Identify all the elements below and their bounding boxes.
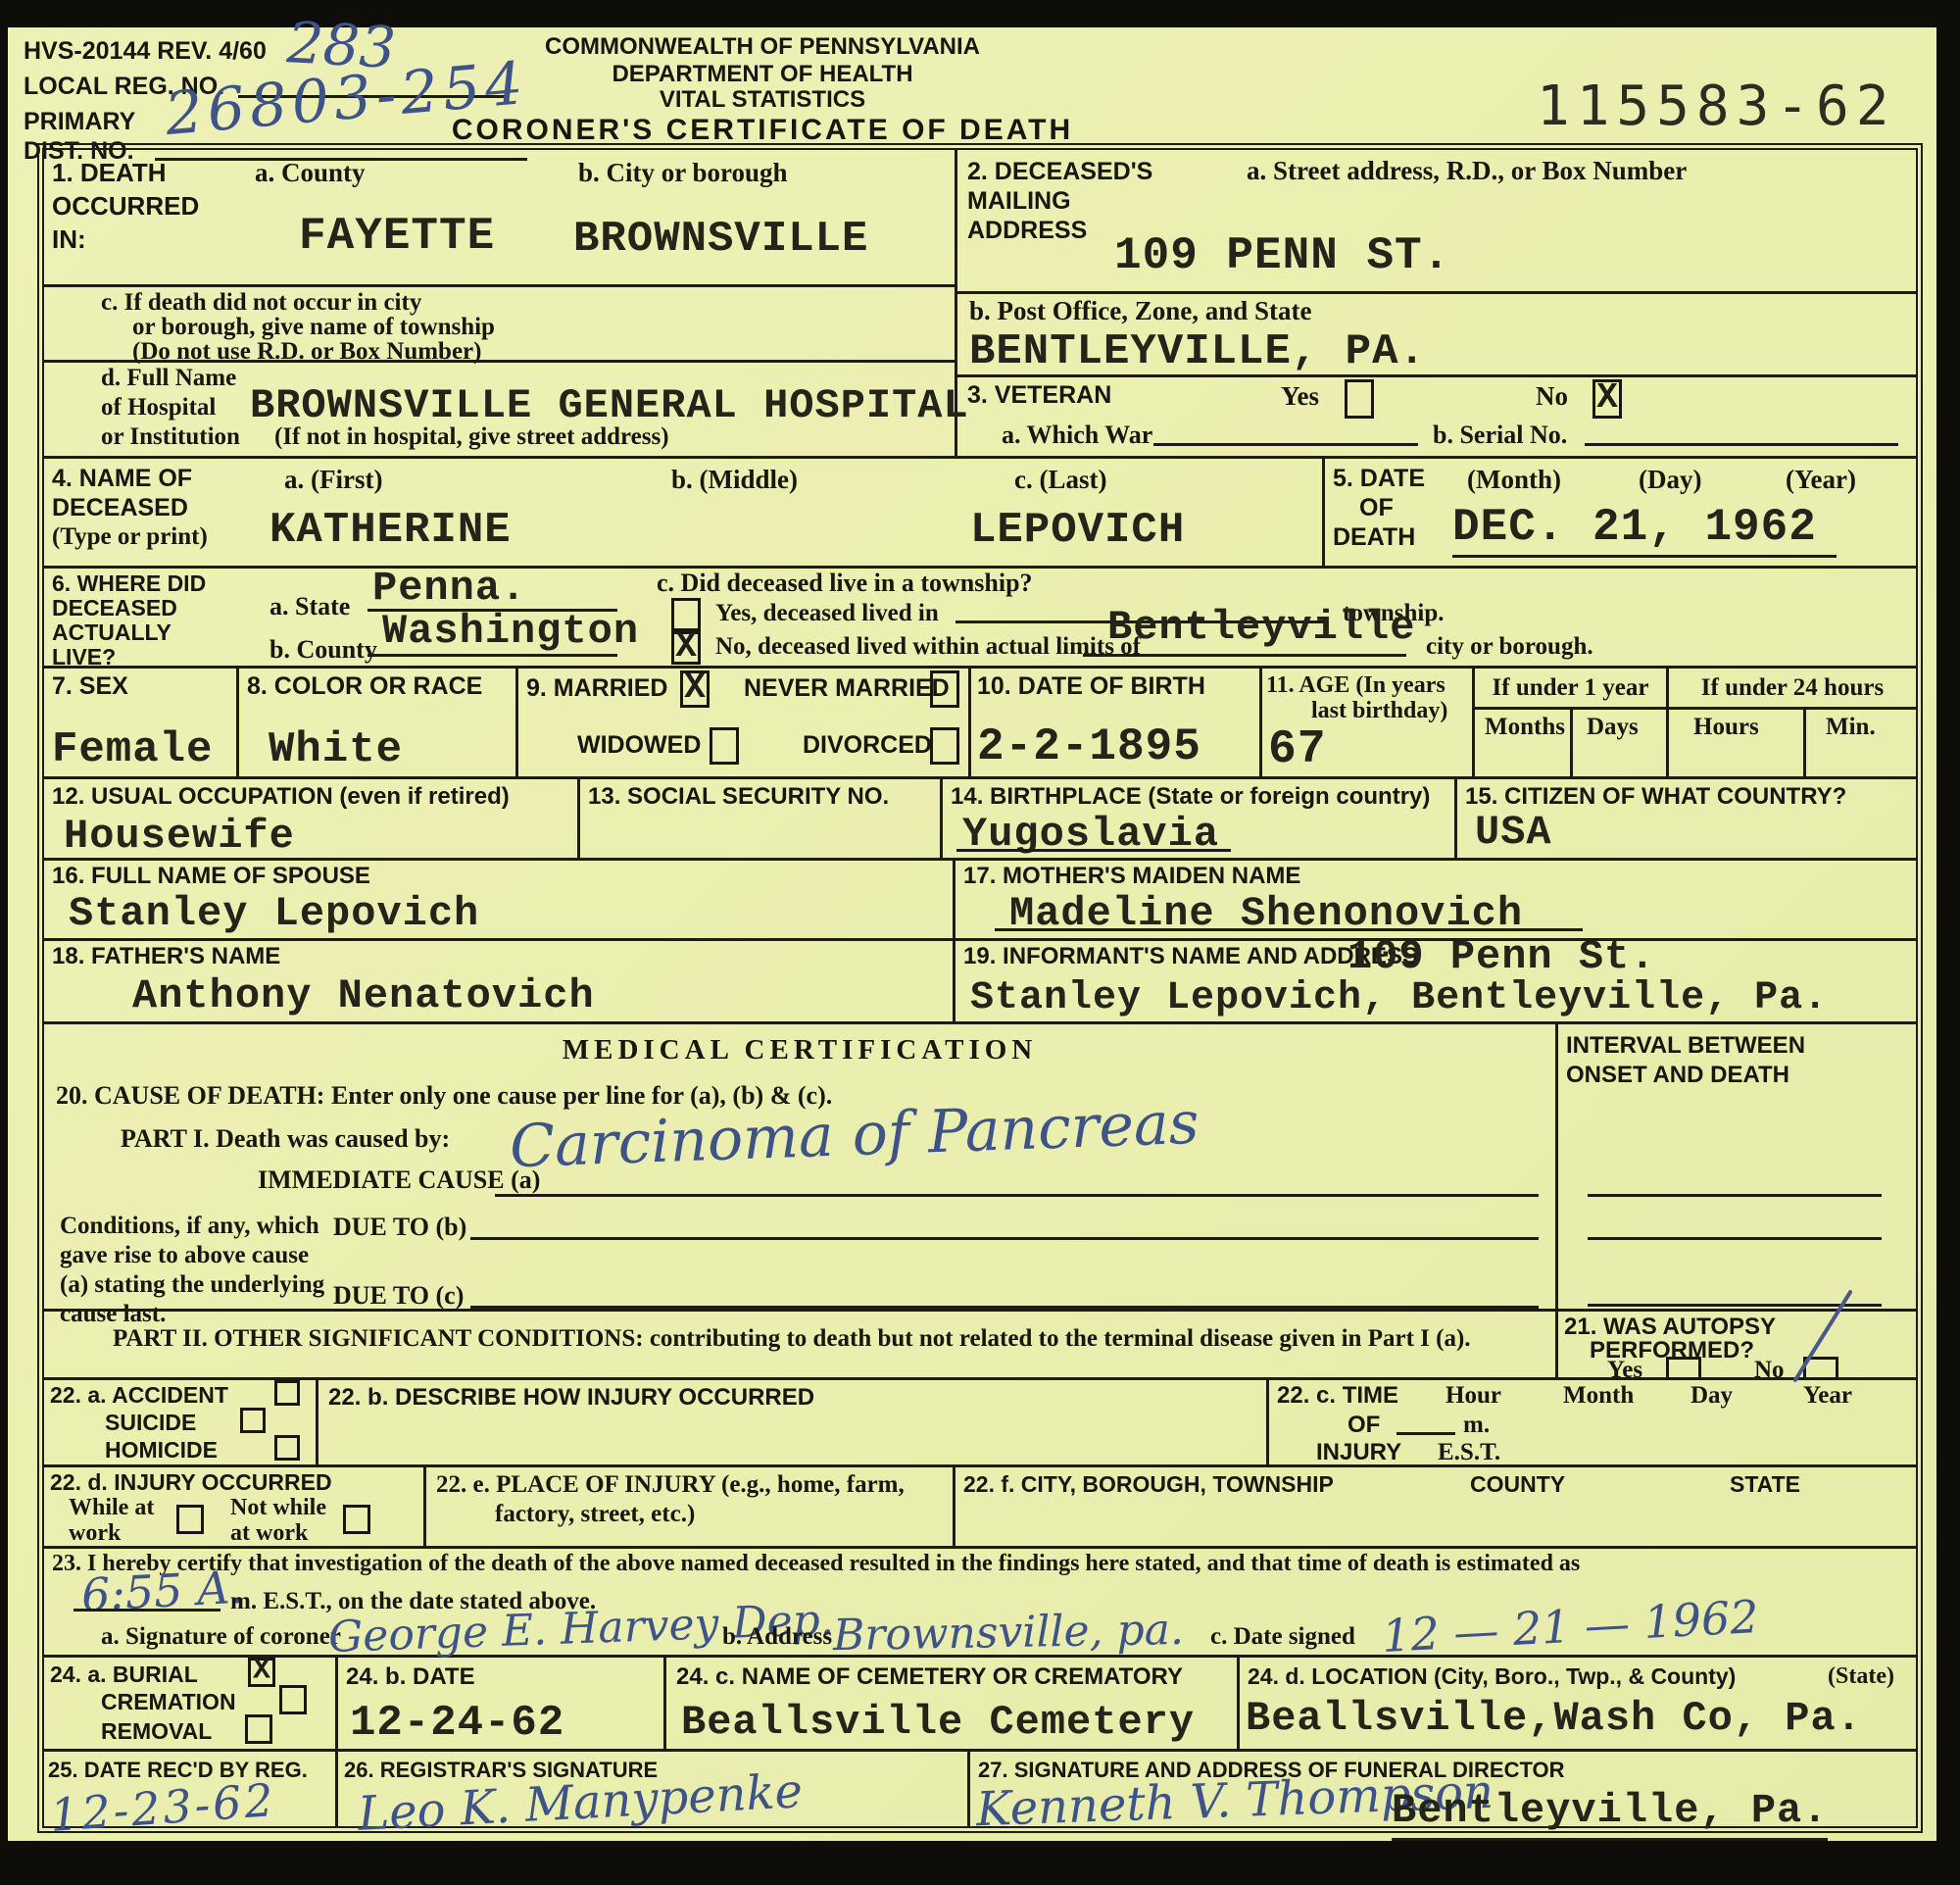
section-22a-accident: 22. a. ACCIDENT SUICIDE HOMICIDE	[44, 1380, 318, 1464]
not-while-at-work-checkbox	[343, 1505, 370, 1534]
homicide-label: HOMICIDE	[105, 1437, 218, 1463]
widowed-checkbox	[710, 727, 739, 765]
place-of-injury-label-1: 22. e. PLACE OF INJURY (e.g., home, farm…	[436, 1471, 905, 1499]
post-office-label: b. Post Office, Zone, and State	[969, 296, 1311, 326]
conditions-line2: gave rise to above cause	[60, 1242, 309, 1269]
which-war-label: a. Which War	[1002, 421, 1152, 450]
est-label: E.S.T.	[1438, 1439, 1500, 1466]
age-label-2: last birthday)	[1311, 698, 1447, 724]
section-22f-city: 22. f. CITY, BOROUGH, TOWNSHIP COUNTY ST…	[955, 1467, 1916, 1546]
section-6-residence: 6. WHERE DID DECEASED ACTUALLY LIVE? a. …	[44, 569, 1916, 666]
post-office-value: BENTLEYVILLE, PA.	[969, 327, 1426, 376]
burial-checkbox: X	[248, 1658, 275, 1687]
city-limits-line	[1083, 627, 1406, 657]
section-22e-place: 22. e. PLACE OF INJURY (e.g., home, farm…	[426, 1467, 955, 1546]
at-work-label: at work	[230, 1520, 308, 1547]
county-res-line	[367, 627, 617, 657]
section-25-date-received: 25. DATE REC'D BY REG. 12-23-62	[44, 1752, 338, 1826]
due-to-c-line	[470, 1277, 1539, 1309]
dob-value: 2-2-1895	[977, 721, 1201, 772]
coroner-address-label: b. Address	[722, 1623, 832, 1651]
street-address-value: 109 PENN ST.	[1114, 230, 1450, 281]
medical-certification-heading: MEDICAL CERTIFICATION	[44, 1034, 1555, 1067]
cemetery-label: 24. c. NAME OF CEMETERY OR CREMATORY	[676, 1663, 1183, 1691]
days-label: Days	[1587, 714, 1639, 741]
row-injury-place: 22. d. INJURY OCCURRED While at work Not…	[44, 1467, 1916, 1549]
section-8-race: 8. COLOR OR RACE White	[239, 669, 518, 776]
row-where-deceased-lived: 6. WHERE DID DECEASED ACTUALLY LIVE? a. …	[44, 569, 1916, 669]
section-4-name: 4. NAME OF DECEASED (Type or print) a. (…	[44, 459, 1325, 566]
removal-label: REMOVAL	[101, 1718, 212, 1745]
occupation-value: Housewife	[64, 813, 295, 860]
never-married-checkbox	[930, 670, 959, 708]
first-name-value: KATHERINE	[269, 506, 512, 555]
sex-label: 7. SEX	[52, 672, 128, 701]
s1d-label-2: of Hospital	[101, 394, 216, 422]
s5-label-1: 5. DATE	[1333, 465, 1425, 493]
citizen-label: 15. CITIZEN OF WHAT COUNTRY?	[1465, 783, 1846, 811]
s1-label-3: IN:	[52, 224, 86, 255]
time-of-injury-label: 22. c. TIME	[1277, 1382, 1398, 1410]
s2-label-1: 2. DECEASED'S	[967, 158, 1152, 186]
part2-area: PART II. OTHER SIGNIFICANT CONDITIONS: c…	[44, 1309, 1916, 1377]
row-demographics: 7. SEX Female 8. COLOR OR RACE White 9. …	[44, 669, 1916, 779]
under-1-year-header: If under 1 year	[1475, 669, 1666, 710]
s1d-label-3: or Institution	[101, 423, 240, 451]
interval-blank-c	[1588, 1277, 1882, 1307]
married-mark: X	[684, 668, 706, 708]
section-18-father: 18. FATHER'S NAME Anthony Nenatovich	[44, 941, 955, 1021]
section-21-autopsy: 21. WAS AUTOPSY PERFORMED? Yes No	[1558, 1312, 1916, 1377]
section-3-veteran: 3. VETERAN Yes No X a. Which War b. Seri…	[957, 377, 1916, 456]
due-to-c-label: DUE TO (c)	[333, 1281, 464, 1311]
state-label: a. State	[269, 592, 350, 621]
last-name-value: LEPOVICH	[970, 506, 1185, 555]
due-to-b-line	[470, 1209, 1539, 1240]
interval-blank-a	[1588, 1167, 1882, 1197]
accident-label: 22. a. ACCIDENT	[50, 1382, 228, 1409]
medical-certification-block: MEDICAL CERTIFICATION 20. CAUSE OF DEATH…	[44, 1024, 1916, 1377]
section-1-death-occurred: 1. DEATH OCCURRED IN: a. County FAYETTE …	[44, 150, 957, 456]
s1c-line2: or borough, give name of township	[132, 314, 495, 341]
section-17-mother: 17. MOTHER'S MAIDEN NAME Madeline Shenon…	[955, 861, 1916, 938]
city-borough-suffix: city or borough.	[1426, 633, 1593, 661]
row-burial: 24. a. BURIAL X CREMATION REMOVAL 24. b.…	[44, 1658, 1916, 1752]
mother-label: 17. MOTHER'S MAIDEN NAME	[963, 863, 1300, 890]
certificate-paper: HVS-20144 REV. 4/60 LOCAL REG. NO. 283 P…	[8, 27, 1936, 1841]
street-address-label: a. Street address, R.D., or Box Number	[1247, 156, 1687, 186]
citizen-value: USA	[1475, 809, 1552, 856]
section-2-3-right: 2. DECEASED'S MAILING ADDRESS a. Street …	[957, 150, 1916, 456]
middle-name-label: b. (Middle)	[671, 465, 798, 495]
conditions-line1: Conditions, if any, which	[60, 1213, 319, 1240]
time-m-label: m.	[1463, 1412, 1490, 1439]
township-no-checkbox: X	[671, 631, 701, 665]
cemetery-state-label: (State)	[1828, 1663, 1894, 1690]
burial-mark: X	[253, 1655, 270, 1688]
min-label: Min.	[1826, 714, 1876, 741]
work-label: work	[69, 1520, 121, 1547]
veteran-no-mark: X	[1596, 377, 1618, 418]
occupation-label: 12. USUAL OCCUPATION (even if retired)	[52, 783, 510, 811]
hours-label: Hours	[1693, 714, 1759, 741]
suicide-label: SUICIDE	[105, 1410, 196, 1436]
autopsy-yes-checkbox	[1666, 1357, 1701, 1380]
row-medical-certification: MEDICAL CERTIFICATION 20. CAUSE OF DEATH…	[44, 1024, 1916, 1380]
section-24b-date: 24. b. DATE 12-24-62	[338, 1658, 666, 1749]
township-yes-text: Yes, deceased lived in	[715, 600, 939, 627]
homicide-checkbox	[274, 1435, 300, 1461]
race-value: White	[269, 725, 403, 774]
township-no-mark: X	[675, 626, 697, 667]
mother-line	[995, 902, 1583, 931]
city-borough-value: BROWNSVILLE	[573, 215, 868, 264]
veteran-no-checkbox: X	[1592, 379, 1622, 419]
s5-label-3: DEATH	[1333, 523, 1415, 552]
section-27-funeral-director: 27. SIGNATURE AND ADDRESS OF FUNERAL DIR…	[970, 1752, 1916, 1826]
months-cell: Months	[1475, 710, 1573, 776]
time-of-label: OF	[1347, 1412, 1380, 1439]
part1-label: PART I. Death was caused by:	[121, 1124, 450, 1154]
section-5-date-of-death: 5. DATE OF DEATH (Month) (Day) (Year) DE…	[1325, 459, 1916, 566]
section-22c-time-of-injury: 22. c. TIME Hour Month Day Year OF m. IN…	[1269, 1380, 1916, 1464]
months-label: Months	[1485, 714, 1565, 741]
row-name-of-deceased: 4. NAME OF DECEASED (Type or print) a. (…	[44, 459, 1916, 569]
under-24-hours-block: If under 24 hours Hours Min.	[1669, 669, 1916, 776]
cemetery-location-label: 24. d. LOCATION (City, Boro., Twp., & Co…	[1248, 1663, 1736, 1690]
birthplace-label: 14. BIRTHPLACE (State or foreign country…	[951, 783, 1430, 811]
row-occupation: 12. USUAL OCCUPATION (even if retired) H…	[44, 779, 1916, 861]
divorced-checkbox	[930, 727, 959, 765]
spouse-label: 16. FULL NAME OF SPOUSE	[52, 863, 370, 890]
ssn-label: 13. SOCIAL SECURITY NO.	[588, 783, 889, 811]
date-signed-label: c. Date signed	[1210, 1623, 1355, 1651]
min-cell: Min.	[1806, 710, 1916, 776]
row-coroner-certification: 23. I hereby certify that investigation …	[44, 1549, 1916, 1658]
widowed-label: WIDOWED	[577, 731, 701, 760]
section-22d-injury-occurred: 22. d. INJURY OCCURRED While at work Not…	[44, 1467, 426, 1546]
veteran-yes-label: Yes	[1281, 381, 1319, 412]
county-value: FAYETTE	[299, 211, 495, 262]
describe-injury-label: 22. b. DESCRIBE HOW INJURY OCCURRED	[328, 1384, 814, 1412]
s6-label-3: ACTUALLY	[52, 620, 171, 646]
injury-day-label: Day	[1690, 1382, 1733, 1410]
day-label: (Day)	[1639, 465, 1701, 495]
section-1d-hospital: d. Full Name of Hospital or Institution …	[44, 363, 955, 456]
s1d-label-1: d. Full Name	[101, 365, 236, 392]
veteran-no-label: No	[1536, 381, 1568, 412]
form-box: 1. DEATH OCCURRED IN: a. County FAYETTE …	[37, 143, 1923, 1833]
under-1-year-block: If under 1 year Months Days	[1475, 669, 1669, 776]
s4-label-3: (Type or print)	[52, 523, 208, 551]
s6-label-1: 6. WHERE DID	[52, 570, 206, 597]
department-line: DEPARTMENT OF HEALTH	[429, 61, 1096, 88]
section-24c-cemetery: 24. c. NAME OF CEMETERY OR CREMATORY Bea…	[666, 1658, 1240, 1749]
certificate-title: CORONER'S CERTIFICATE OF DEATH	[429, 114, 1096, 147]
last-name-label: c. (Last)	[1014, 465, 1106, 495]
township-question-label: c. Did deceased live in a township?	[657, 569, 1033, 598]
month-label: (Month)	[1467, 465, 1561, 495]
interval-label-1: INTERVAL BETWEEN	[1566, 1032, 1805, 1060]
injury-year-label: Year	[1803, 1382, 1852, 1410]
time-of-death-line	[73, 1582, 220, 1612]
injury-county-label: COUNTY	[1470, 1471, 1565, 1498]
row-injury-type: 22. a. ACCIDENT SUICIDE HOMICIDE 22. b. …	[44, 1380, 1916, 1467]
injury-occurred-label: 22. d. INJURY OCCURRED	[50, 1469, 332, 1496]
s1-label-2: OCCURRED	[52, 191, 199, 222]
married-checkbox: X	[680, 670, 710, 708]
s6-label-2: DECEASED	[52, 595, 177, 621]
section-24a-burial: 24. a. BURIAL X CREMATION REMOVAL	[44, 1658, 338, 1749]
spouse-value: Stanley Lepovich	[69, 890, 479, 937]
under-24-hours-label: If under 24 hours	[1701, 674, 1884, 701]
removal-checkbox	[245, 1714, 272, 1744]
serial-no-label: b. Serial No.	[1433, 421, 1567, 450]
not-while-label: Not while	[230, 1495, 326, 1521]
conditions-line3: (a) stating the underlying	[60, 1271, 324, 1299]
injury-word-label: INJURY	[1316, 1439, 1401, 1466]
section-19-informant: 19. INFORMANT'S NAME AND ADDRESS 109 Pen…	[955, 941, 1916, 1021]
section-24d-location: 24. d. LOCATION (City, Boro., Twp., & Co…	[1240, 1658, 1916, 1749]
due-to-b-label: DUE TO (b)	[333, 1213, 466, 1242]
s2-label-3: ADDRESS	[967, 217, 1087, 245]
accident-checkbox	[274, 1380, 300, 1406]
certify-text: 23. I hereby certify that investigation …	[52, 1551, 1580, 1577]
sex-value: Female	[52, 725, 213, 774]
section-2b: b. Post Office, Zone, and State BENTLEYV…	[957, 294, 1916, 377]
section-26-registrar: 26. REGISTRAR'S SIGNATURE Leo K. Manypen…	[338, 1752, 970, 1826]
informant-value-line2: Stanley Lepovich, Bentleyville, Pa.	[970, 976, 1828, 1020]
father-value: Anthony Nenatovich	[132, 972, 595, 1019]
married-label: 9. MARRIED	[526, 674, 667, 703]
form-number: HVS-20144 REV. 4/60	[24, 37, 267, 66]
date-received-value: 12-23-62	[48, 1773, 277, 1842]
under-24-hours-cols: Hours Min.	[1669, 710, 1916, 776]
s4-label-1: 4. NAME OF	[52, 465, 192, 493]
section-13-ssn: 13. SOCIAL SECURITY NO.	[580, 779, 943, 858]
race-label: 8. COLOR OR RACE	[247, 672, 482, 701]
section-1ab: 1. DEATH OCCURRED IN: a. County FAYETTE …	[44, 150, 955, 287]
cremation-label: CREMATION	[101, 1689, 236, 1715]
county-res-label: b. County	[269, 635, 377, 665]
birthplace-line	[956, 822, 1231, 852]
which-war-line	[1153, 417, 1418, 446]
s1c-line1: c. If death did not occur in city	[101, 289, 421, 317]
s6-label-4: LIVE?	[52, 644, 116, 670]
under-1-year-label: If under 1 year	[1493, 674, 1649, 701]
row-registrar: 25. DATE REC'D BY REG. 12-23-62 26. REGI…	[44, 1752, 1916, 1826]
cause-of-death-main: MEDICAL CERTIFICATION 20. CAUSE OF DEATH…	[44, 1024, 1558, 1309]
dob-label: 10. DATE OF BIRTH	[977, 672, 1205, 701]
while-at-label: While at	[69, 1495, 154, 1521]
injury-city-label: 22. f. CITY, BOROUGH, TOWNSHIP	[963, 1471, 1334, 1498]
serial-no-line	[1585, 417, 1898, 446]
burial-label: 24. a. BURIAL	[50, 1662, 198, 1688]
never-married-label: NEVER MARRIED	[744, 674, 950, 703]
city-borough-label: b. City or borough	[578, 158, 788, 188]
funeral-director-address: Bentleyville, Pa.	[1392, 1787, 1828, 1841]
veteran-yes-checkbox	[1345, 379, 1374, 419]
age-value: 67	[1268, 723, 1327, 776]
injury-state-label: STATE	[1730, 1471, 1800, 1498]
county-label: a. County	[255, 158, 366, 188]
coroner-address-value: Brownsville, pa.	[833, 1605, 1185, 1661]
primary-label: PRIMARY	[24, 108, 135, 136]
burial-date-value: 12-24-62	[350, 1699, 564, 1748]
s1-label-1: 1. DEATH	[52, 158, 167, 188]
section-15-citizen: 15. CITIZEN OF WHAT COUNTRY? USA	[1457, 779, 1916, 858]
divorced-label: DIVORCED	[803, 731, 932, 760]
row-father-informant: 18. FATHER'S NAME Anthony Nenatovich 19.…	[44, 941, 1916, 1024]
row-spouse-mother: 16. FULL NAME OF SPOUSE Stanley Lepovich…	[44, 861, 1916, 941]
coroner-signature-label: a. Signature of coroner	[101, 1623, 341, 1651]
section-2a: 2. DECEASED'S MAILING ADDRESS a. Street …	[957, 150, 1916, 294]
s4-label-2: DECEASED	[52, 494, 188, 522]
interval-blank-b	[1588, 1211, 1882, 1240]
s2-label-2: MAILING	[967, 187, 1071, 216]
section-10-dob: 10. DATE OF BIRTH 2-2-1895	[971, 669, 1262, 776]
cremation-checkbox	[279, 1685, 307, 1714]
under-1-year-cols: Months Days	[1475, 710, 1666, 776]
time-blank-line	[1396, 1408, 1455, 1435]
cemetery-location-value: Beallsville,Wash Co, Pa.	[1246, 1695, 1862, 1742]
section-12-occupation: 12. USUAL OCCUPATION (even if retired) H…	[44, 779, 580, 858]
section-7-sex: 7. SEX Female	[44, 669, 239, 776]
suicide-checkbox	[240, 1408, 266, 1433]
place-of-injury-label-2: factory, street, etc.)	[495, 1501, 695, 1528]
section-23-certify: 23. I hereby certify that investigation …	[44, 1549, 1916, 1655]
father-label: 18. FATHER'S NAME	[52, 943, 280, 970]
year-label: (Year)	[1786, 465, 1856, 495]
while-at-work-checkbox	[176, 1505, 204, 1534]
date-signed-value: 12 — 21 — 1962	[1381, 1590, 1760, 1662]
vital-statistics-line: VITAL STATISTICS	[429, 86, 1096, 114]
part2-conditions: PART II. OTHER SIGNIFICANT CONDITIONS: c…	[44, 1312, 1558, 1377]
hour-label: Hour	[1445, 1382, 1501, 1410]
days-cell: Days	[1573, 710, 1666, 776]
section-22b-describe: 22. b. DESCRIBE HOW INJURY OCCURRED	[318, 1380, 1269, 1464]
row-death-occurred: 1. DEATH OCCURRED IN: a. County FAYETTE …	[44, 150, 1916, 459]
commonwealth-line: COMMONWEALTH OF PENNSYLVANIA	[429, 33, 1096, 61]
age-label-1: 11. AGE (In years	[1266, 672, 1445, 699]
s5-label-2: OF	[1359, 494, 1394, 522]
burial-date-label: 24. b. DATE	[346, 1663, 475, 1691]
section-16-spouse: 16. FULL NAME OF SPOUSE Stanley Lepovich	[44, 861, 955, 938]
section-9-marital: 9. MARRIED X NEVER MARRIED WIDOWED DIVOR…	[518, 669, 971, 776]
veteran-label: 3. VETERAN	[967, 381, 1111, 410]
s1c-line3: (Do not use R.D. or Box Number)	[132, 338, 481, 366]
under-24-hours-header: If under 24 hours	[1669, 669, 1916, 710]
township-no-text: No, deceased lived within actual limits …	[715, 633, 1141, 661]
hours-cell: Hours	[1669, 710, 1806, 776]
section-11-age: 11. AGE (In years last birthday) 67	[1262, 669, 1475, 776]
informant-value-line1: 109 Penn St.	[1347, 933, 1655, 980]
cause-of-death-area: MEDICAL CERTIFICATION 20. CAUSE OF DEATH…	[44, 1024, 1916, 1309]
section-1c: c. If death did not occur in city or bor…	[44, 287, 955, 363]
cemetery-value: Beallsville Cemetery	[681, 1699, 1195, 1746]
interval-label-2: ONSET AND DEATH	[1566, 1062, 1789, 1089]
injury-month-label: Month	[1563, 1382, 1634, 1410]
first-name-label: a. (First)	[284, 465, 382, 495]
part2-label: PART II. OTHER SIGNIFICANT CONDITIONS: c…	[113, 1325, 1471, 1353]
scan-background: { "header": { "form_no": "HVS-20144 REV.…	[0, 0, 1960, 1885]
hospital-value: BROWNSVILLE GENERAL HOSPITAL	[250, 382, 969, 429]
section-14-birthplace: 14. BIRTHPLACE (State or foreign country…	[943, 779, 1457, 858]
interval-column: INTERVAL BETWEEN ONSET AND DEATH	[1558, 1024, 1916, 1309]
date-of-death-value: DEC. 21, 1962	[1452, 502, 1837, 558]
certificate-number-stamp: 115583-62	[1537, 74, 1895, 138]
